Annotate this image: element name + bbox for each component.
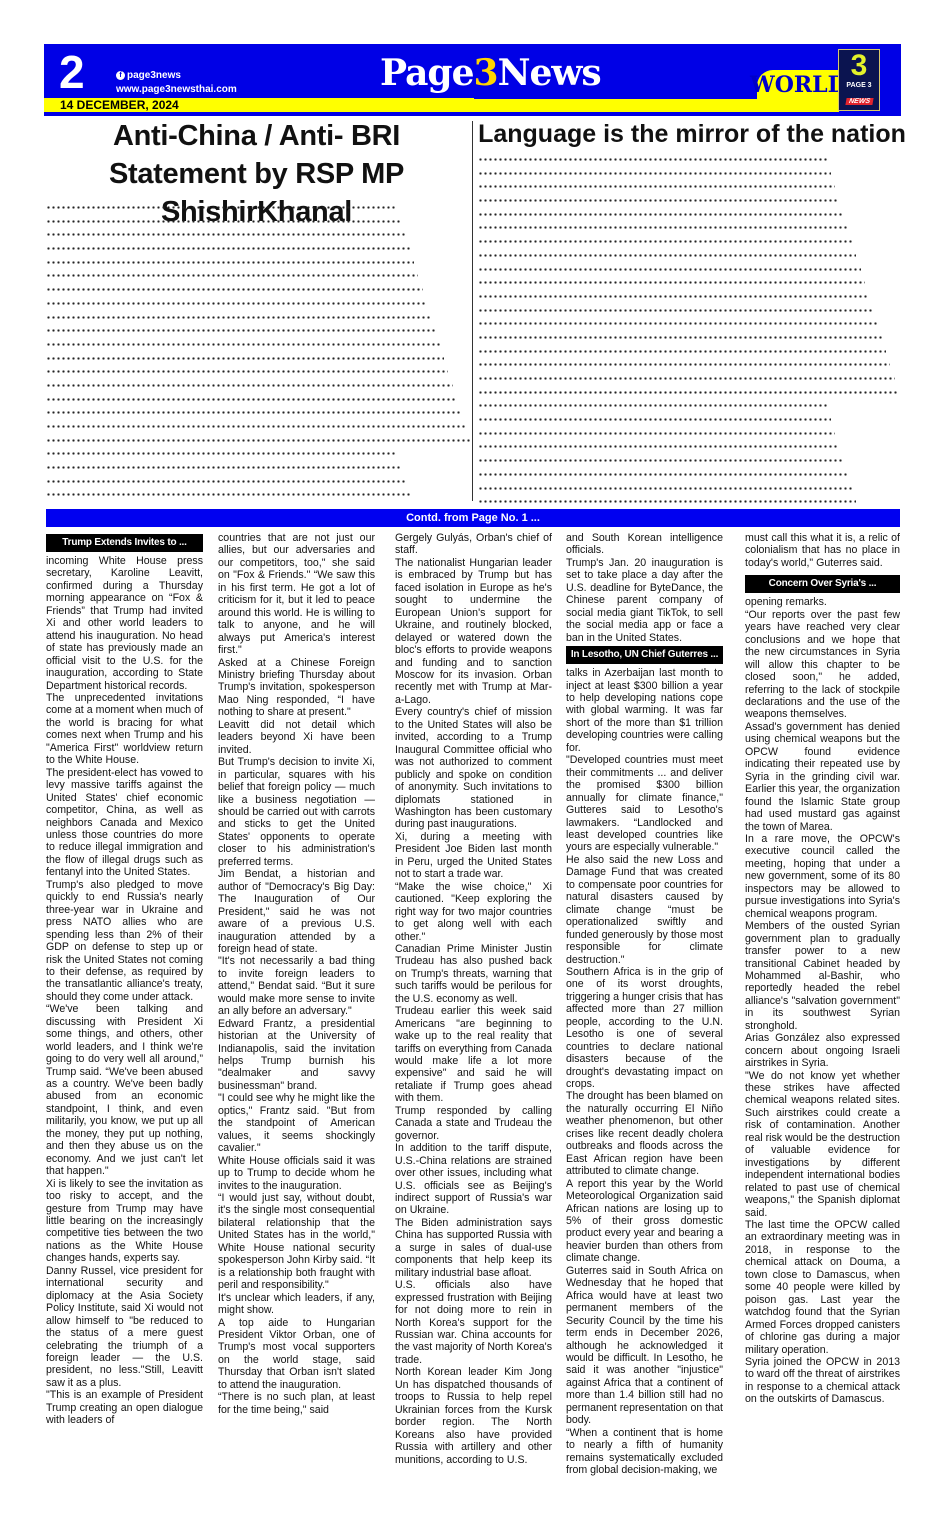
logo-news: News (498, 52, 601, 94)
paragraph: Assad's government has denied using chem… (745, 721, 900, 833)
paragraph: opening remarks. (745, 596, 900, 608)
paragraph: The nationalist Hungarian leader is embr… (395, 557, 552, 706)
placeholder-text-line (478, 404, 827, 407)
paragraph: Danny Russel, vice president for interna… (46, 1265, 203, 1390)
badge-number: 3 (839, 50, 879, 82)
paragraph: A top aide to Hungarian President Viktor… (218, 1317, 375, 1392)
paragraph: Xi is likely to see the invitation as to… (46, 1178, 203, 1265)
paragraph: “We've been talking and discussing with … (46, 1003, 203, 1177)
column-2-body: countries that are not just our allies, … (218, 532, 375, 1416)
section-label: WORLD (750, 72, 847, 98)
paragraph: The last time the OPCW called an extraor… (745, 1219, 900, 1356)
paragraph: Guterres said in South Africa on Wednesd… (566, 1265, 723, 1427)
paragraph: “I would just say, without doubt, it's t… (218, 1192, 375, 1292)
placeholder-text-line (478, 226, 848, 229)
paragraph: countries that are not just our allies, … (218, 532, 375, 657)
placeholder-text-line (46, 480, 406, 483)
logo-page: Page (380, 52, 474, 94)
placeholder-text-line (478, 322, 878, 325)
placeholder-text-line (478, 240, 852, 243)
placeholder-text-line (478, 172, 831, 175)
placeholder-text-line (46, 466, 401, 469)
paragraph: "I could see why he might like the optic… (218, 1092, 375, 1154)
column-2: countries that are not just our allies, … (218, 532, 375, 1416)
column-1: Trump Extends Invites to ... incoming Wh… (46, 532, 203, 1427)
placeholder-text-line (46, 370, 448, 373)
placeholder-text-line (46, 493, 410, 496)
badge-label: PAGE 3 (839, 82, 879, 90)
issue-date: 14 DECEMBER, 2024 (60, 99, 179, 112)
placeholder-text-line (46, 233, 406, 236)
placeholder-text-line (478, 473, 848, 476)
paragraph: Leavitt did not detail which leaders bey… (218, 719, 375, 756)
paragraph: The drought has been blamed on the natur… (566, 1090, 723, 1177)
social-handle-text: page3news (127, 70, 181, 81)
column-4-top: and South Korean intelligence officials.… (566, 532, 723, 644)
paragraph: Asked at a Chinese Foreign Ministry brie… (218, 657, 375, 719)
masthead-rule (44, 112, 901, 116)
placeholder-text-line (478, 459, 844, 462)
paragraph: "This is an example of President Trump c… (46, 1389, 203, 1426)
page-number: 2 (59, 48, 85, 96)
placeholder-text-line (478, 487, 852, 490)
paragraph: It's unclear which leaders, if any, migh… (218, 1292, 375, 1317)
paragraph: and South Korean intelligence officials. (566, 532, 723, 557)
placeholder-text-line (46, 274, 418, 277)
placeholder-text-line (46, 288, 423, 291)
paragraph: talks in Azerbaijan last month to inject… (566, 667, 723, 754)
paragraph: Jim Bendat, a historian and author of "D… (218, 868, 375, 955)
paragraph: A report this year by the World Meteorol… (566, 1178, 723, 1265)
paragraph: White House officials said it was up to … (218, 1155, 375, 1192)
placeholder-text-line (478, 336, 882, 339)
paragraph: Gergely Gulyás, Orban's chief of staff. (395, 532, 552, 557)
placeholder-text-line (46, 384, 453, 387)
kicker-syria: Concern Over Syria's ... (745, 575, 900, 593)
placeholder-text-line (478, 363, 890, 366)
placeholder-text-line (478, 268, 861, 271)
paragraph: "Developed countries must meet their com… (566, 754, 723, 854)
paragraph: must call this what it is, a relic of co… (745, 532, 900, 569)
placeholder-text-line (478, 281, 865, 284)
paragraph: Trudeau earlier this week said Americans… (395, 1005, 552, 1105)
placeholder-text-line (46, 439, 470, 442)
placeholder-text-line (46, 302, 427, 305)
kicker-trump: Trump Extends Invites to ... (46, 534, 203, 552)
placeholder-text-line (478, 391, 899, 394)
headline-right: Language is the mirror of the nation (478, 117, 906, 151)
placeholder-text-line (46, 425, 465, 428)
paragraph: incoming White House press secretary, Ka… (46, 555, 203, 692)
placeholder-text-line (478, 213, 844, 216)
paragraph: In a rare move, the OPCW's executive cou… (745, 833, 900, 920)
kicker-lesotho: In Lesotho, UN Chief Guterres ... (566, 646, 723, 664)
column-3-body: Gergely Gulyás, Orban's chief of staff.T… (395, 532, 552, 1466)
column-5-body: opening remarks.“Our reports over the pa… (745, 596, 900, 1405)
placeholder-text-line (46, 411, 461, 414)
placeholder-text-line (478, 309, 873, 312)
column-5-top: must call this what it is, a relic of co… (745, 532, 900, 569)
placeholder-text-line (46, 206, 397, 209)
paragraph: Syria joined the OPCW in 2013 to ward of… (745, 1356, 900, 1406)
paragraph: Members of the ousted Syrian government … (745, 920, 900, 1032)
paragraph: Every country's chief of mission to the … (395, 706, 552, 831)
paragraph: “When a continent that is home to nearly… (566, 1427, 723, 1477)
placeholder-text-line (478, 418, 831, 421)
paragraph: Canadian Prime Minister Justin Trudeau h… (395, 943, 552, 1005)
article-left-body (46, 206, 474, 501)
paragraph: North Korean leader Kim Jong Un has disp… (395, 1366, 552, 1466)
paragraph: The Biden administration says China has … (395, 1217, 552, 1279)
placeholder-text-line (478, 199, 839, 202)
placeholder-text-line (478, 432, 835, 435)
placeholder-text-line (46, 398, 457, 401)
paragraph: “Make the wise choice," Xi cautioned. "K… (395, 881, 552, 943)
paragraph: In addition to the tariff dispute, U.S.-… (395, 1142, 552, 1217)
newspaper-logo: Page3News (380, 52, 601, 94)
paragraph: Trump's also pledged to move quickly to … (46, 879, 203, 1004)
masthead: 2 fpage3news www.page3newsthai.com 14 DE… (44, 44, 901, 116)
placeholder-text-line (478, 185, 835, 188)
placeholder-text-line (46, 261, 414, 264)
paragraph: Xi, during a meeting with President Joe … (395, 831, 552, 881)
placeholder-text-line (46, 247, 410, 250)
paragraph: Trump responded by calling Canada a stat… (395, 1105, 552, 1142)
placeholder-text-line (478, 254, 856, 257)
column-4: and South Korean intelligence officials.… (566, 532, 723, 1477)
paragraph: Edward Frantz, a presidential historian … (218, 1018, 375, 1093)
logo-three: 3 (474, 52, 498, 94)
paragraph: “Our reports over the past few years hav… (745, 609, 900, 721)
column-3: Gergely Gulyás, Orban's chief of staff.T… (395, 532, 552, 1466)
placeholder-text-line (478, 445, 839, 448)
placeholder-text-line (46, 452, 397, 455)
contd-banner: Contd. from Page No. 1 ... (46, 509, 900, 527)
facebook-icon: f (116, 71, 125, 80)
placeholder-text-line (46, 316, 431, 319)
page3-badge-icon: 3 PAGE 3 NEWS (838, 49, 880, 111)
badge-news: NEWS (845, 98, 873, 105)
social-handle[interactable]: fpage3news (116, 70, 181, 81)
paragraph: He also said the new Loss and Damage Fun… (566, 854, 723, 966)
paragraph: Arias González also expressed concern ab… (745, 1032, 900, 1069)
column-5: must call this what it is, a relic of co… (745, 532, 900, 1406)
paragraph: "We do not know yet whether these strike… (745, 1070, 900, 1219)
article-right-body (478, 158, 903, 503)
placeholder-text-line (46, 220, 401, 223)
placeholder-text-line (478, 295, 869, 298)
placeholder-text-line (46, 343, 440, 346)
paragraph: "It's not necessarily a bad thing to inv… (218, 955, 375, 1017)
column-1-body: incoming White House press secretary, Ka… (46, 555, 203, 1427)
placeholder-text-line (46, 329, 435, 332)
paragraph: But Trump's decision to invite Xi, in pa… (218, 756, 375, 868)
paragraph: U.S. officials also have expressed frust… (395, 1279, 552, 1366)
placeholder-text-line (46, 357, 444, 360)
paragraph: “There is no such plan, at least for the… (218, 1391, 375, 1416)
column-4-body: talks in Azerbaijan last month to inject… (566, 667, 723, 1476)
website-link[interactable]: www.page3newsthai.com (116, 84, 237, 95)
paragraph: The unprecedented invitations come at a … (46, 692, 203, 767)
placeholder-text-line (478, 377, 895, 380)
paragraph: Southern Africa is in the grip of one of… (566, 966, 723, 1091)
paragraph: The president-elect has vowed to levy ma… (46, 767, 203, 879)
placeholder-text-line (478, 500, 856, 503)
placeholder-text-line (478, 158, 827, 161)
paragraph: Trump's Jan. 20 inauguration is set to t… (566, 557, 723, 644)
placeholder-text-line (478, 350, 886, 353)
